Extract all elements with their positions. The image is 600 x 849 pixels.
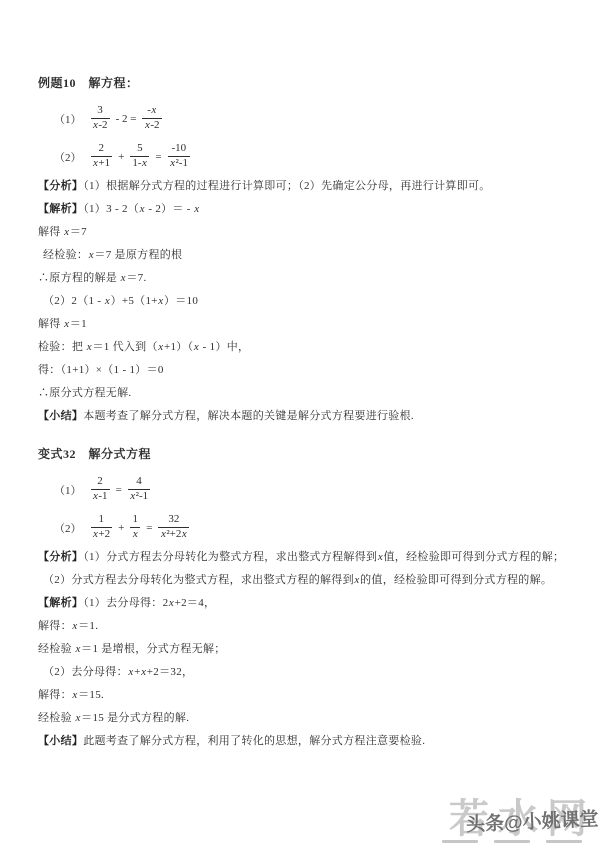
- doc-line: 经检验 x＝1 是增根，分式方程无解；: [38, 642, 574, 656]
- equation-label: （2）: [54, 520, 82, 536]
- math-operator: =: [116, 484, 122, 496]
- doc-line: 解得：x＝1.: [38, 619, 574, 633]
- fraction: 51-x: [130, 142, 149, 171]
- fraction: -xx-2: [142, 104, 161, 133]
- math-operator: - 2 =: [116, 113, 137, 125]
- doc-line: 【解析】（1）3 - 2（x - 2）＝ - x: [38, 202, 574, 216]
- fraction: 32x²+2x: [158, 513, 189, 542]
- doc-line: 解得 x＝1: [38, 317, 574, 331]
- watermark: 若水网 头条@小姚课堂: [370, 779, 600, 849]
- doc-line: ∴原方程的解是 x＝7.: [38, 271, 574, 285]
- math-operator: +: [118, 522, 124, 534]
- equation-line: （1）2x-1=4x²-1: [38, 474, 574, 505]
- fraction: 3x-2: [91, 104, 110, 133]
- equation-line: （1）3x-2- 2 =-xx-2: [38, 103, 574, 134]
- doc-line: 【小结】此题考查了解分式方程，利用了转化的思想，解分式方程注意要检验.: [38, 734, 574, 748]
- section-heading: 变式32 解分式方程: [38, 445, 574, 462]
- watermark-fineprint-mark: [442, 840, 478, 843]
- equation-label: （2）: [54, 149, 82, 165]
- doc-line: 经检验：x＝7 是原方程的根: [38, 248, 574, 262]
- math-operator: =: [146, 522, 152, 534]
- doc-line: 检验：把 x＝1 代入到（x+1）（x - 1）中，: [38, 340, 574, 354]
- doc-line: 【分析】（1）根据解分式方程的过程进行计算即可；（2）先确定公分母，再进行计算即…: [38, 179, 574, 193]
- document-page: 例题10 解方程：（1）3x-2- 2 =-xx-2（2）2x+1+51-x=-…: [0, 0, 600, 849]
- document-body: 例题10 解方程：（1）3x-2- 2 =-xx-2（2）2x+1+51-x=-…: [38, 74, 574, 757]
- doc-line: （2）去分母得：x+x+2＝32，: [38, 665, 574, 679]
- doc-line: ∴原分式方程无解.: [38, 386, 574, 400]
- doc-line: 解得：x＝15.: [38, 688, 574, 702]
- equation-line: （2）2x+1+51-x=-10x²-1: [38, 141, 574, 172]
- watermark-fineprint: [442, 840, 582, 843]
- section-example-10: 例题10 解方程：（1）3x-2- 2 =-xx-2（2）2x+1+51-x=-…: [38, 74, 574, 423]
- doc-line: 【分析】（1）分式方程去分母转化为整式方程，求出整式方程解得到x值，经检验即可得…: [38, 550, 574, 564]
- doc-line: 解得 x＝7: [38, 225, 574, 239]
- equation-line: （2）1x+2+1x=32x²+2x: [38, 512, 574, 543]
- section-heading: 例题10 解方程：: [38, 74, 574, 91]
- math-operator: +: [118, 151, 124, 163]
- doc-line: 【解析】（1）去分母得：2x+2＝4，: [38, 596, 574, 610]
- fraction: 1x+2: [91, 513, 113, 542]
- watermark-fineprint-mark: [494, 840, 530, 843]
- fraction: 1x: [130, 513, 140, 542]
- fraction: 4x²-1: [128, 475, 150, 504]
- equation-label: （1）: [54, 111, 82, 127]
- doc-line: （2）分式方程去分母转化为整式方程，求出整式方程的解得到x的值，经检验即可得到分…: [38, 573, 574, 587]
- doc-line: 【小结】本题考查了解分式方程，解决本题的关键是解分式方程要进行验根.: [38, 409, 574, 423]
- doc-line: 得：（1+1）×（1 - 1）＝0: [38, 363, 574, 377]
- math-operator: =: [155, 151, 161, 163]
- doc-line: 经检验 x＝15 是分式方程的解.: [38, 711, 574, 725]
- section-variant-32: 变式32 解分式方程（1）2x-1=4x²-1（2）1x+2+1x=32x²+2…: [38, 445, 574, 748]
- watermark-fineprint-mark: [546, 840, 582, 843]
- fraction: 2x-1: [91, 475, 110, 504]
- doc-line: （2）2（1 - x）+5（1+x）＝10: [38, 294, 574, 308]
- fraction: -10x²-1: [168, 142, 190, 171]
- equation-label: （1）: [54, 482, 82, 498]
- fraction: 2x+1: [91, 142, 113, 171]
